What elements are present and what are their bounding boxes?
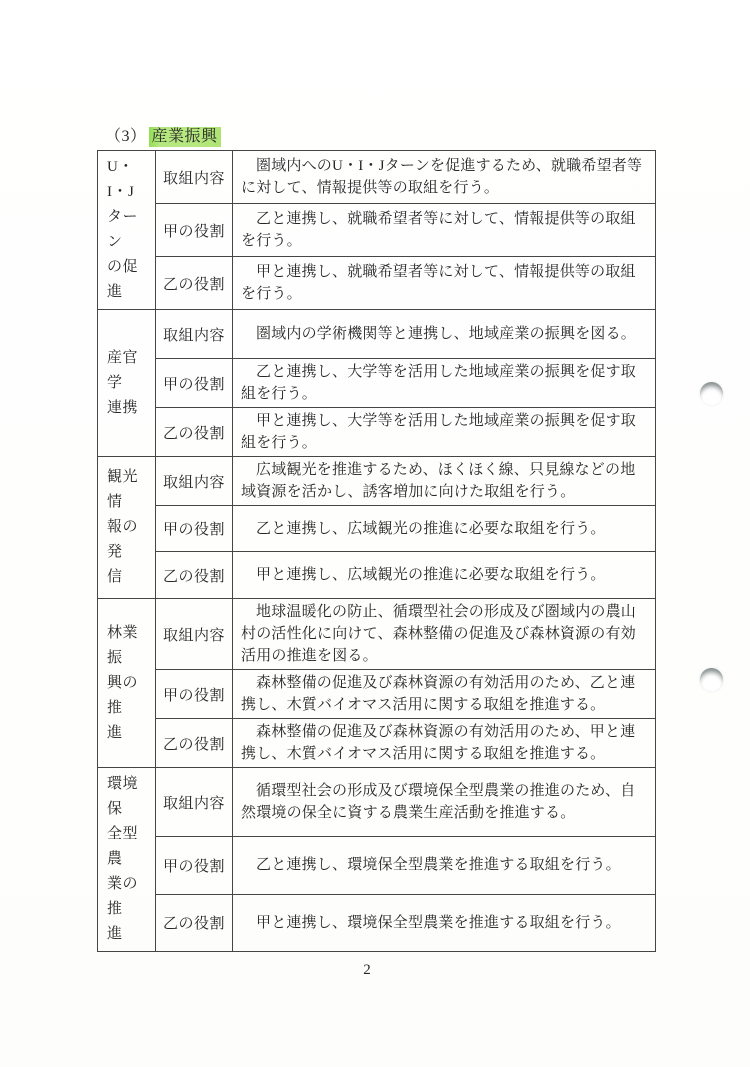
content-cell: 乙と連携し、大学等を活用した地域産業の振興を促す取組を行う。 (233, 359, 656, 408)
content-cell: 乙と連携し、広域観光の推進に必要な取組を行う。 (233, 506, 656, 552)
table-row: 甲の役割 森林整備の促進及び森林資源の有効活用のため、乙と連携し、木質バイオマス… (98, 670, 656, 719)
punch-hole-artifact (700, 668, 723, 691)
table-row: 環境保 全型農 業の推 進 取組内容 循環型社会の形成及び環境保全型農業の推進の… (98, 768, 656, 837)
table-row: 乙の役割 甲と連携し、就職希望者等に対して、情報提供等の取組を行う。 (98, 257, 656, 310)
row-label-cell: 取組内容 (156, 310, 233, 359)
punch-hole-artifact (700, 382, 723, 405)
row-label-cell: 甲の役割 (156, 204, 233, 257)
table-row: 甲の役割 乙と連携し、広域観光の推進に必要な取組を行う。 (98, 506, 656, 552)
content-cell: 森林整備の促進及び森林資源の有効活用のため、甲と連携し、木質バイオマス活用に関す… (233, 719, 656, 768)
table-row: 乙の役割 森林整備の促進及び森林資源の有効活用のため、甲と連携し、木質バイオマス… (98, 719, 656, 768)
section-heading: （3）産業振興 (105, 123, 221, 146)
row-label-cell: 取組内容 (156, 457, 233, 506)
table-row: 観光情 報の発 信 取組内容 広域観光を推進するため、ほくほく線、只見線などの地… (98, 457, 656, 506)
row-label-cell: 取組内容 (156, 151, 233, 204)
category-cell: 産官学 連携 (98, 310, 156, 457)
content-cell: 甲と連携し、環境保全型農業を推進する取組を行う。 (233, 894, 656, 952)
category-cell: 林業振 興の推 進 (98, 599, 156, 768)
row-label-cell: 乙の役割 (156, 408, 233, 457)
content-cell: 循環型社会の形成及び環境保全型農業の推進のため、自然環境の保全に資する農業生産活… (233, 768, 656, 837)
row-label-cell: 甲の役割 (156, 670, 233, 719)
table-row: 乙の役割 甲と連携し、広域観光の推進に必要な取組を行う。 (98, 552, 656, 599)
content-cell: 広域観光を推進するため、ほくほく線、只見線などの地域資源を活かし、誘客増加に向け… (233, 457, 656, 506)
table-row: 産官学 連携 取組内容 圏域内の学術機関等と連携し、地域産業の振興を図る。 (98, 310, 656, 359)
row-label-cell: 乙の役割 (156, 552, 233, 599)
row-label-cell: 甲の役割 (156, 506, 233, 552)
page-number: 2 (0, 962, 734, 979)
table-row: 甲の役割 乙と連携し、環境保全型農業を推進する取組を行う。 (98, 837, 656, 895)
content-cell: 森林整備の促進及び森林資源の有効活用のため、乙と連携し、木質バイオマス活用に関す… (233, 670, 656, 719)
table-row: 乙の役割 甲と連携し、大学等を活用した地域産業の振興を促す取組を行う。 (98, 408, 656, 457)
category-cell: 環境保 全型農 業の推 進 (98, 768, 156, 952)
category-cell: U・I・J ターン の促進 (98, 151, 156, 310)
category-cell: 観光情 報の発 信 (98, 457, 156, 599)
row-label-cell: 甲の役割 (156, 837, 233, 895)
content-cell: 地球温暖化の防止、循環型社会の形成及び圏域内の農山村の活性化に向けて、森林整備の… (233, 599, 656, 670)
table-row: U・I・J ターン の促進 取組内容 圏域内へのU・I・Jターンを促進するため、… (98, 151, 656, 204)
section-number: （3） (105, 128, 147, 145)
table-row: 甲の役割 乙と連携し、就職希望者等に対して、情報提供等の取組を行う。 (98, 204, 656, 257)
table-row: 甲の役割 乙と連携し、大学等を活用した地域産業の振興を促す取組を行う。 (98, 359, 656, 408)
section-title-highlighted: 産業振興 (149, 127, 221, 147)
content-cell: 圏域内へのU・I・Jターンを促進するため、就職希望者等に対して、情報提供等の取組… (233, 151, 656, 204)
content-cell: 甲と連携し、就職希望者等に対して、情報提供等の取組を行う。 (233, 257, 656, 310)
row-label-cell: 乙の役割 (156, 894, 233, 952)
content-cell: 甲と連携し、広域観光の推進に必要な取組を行う。 (233, 552, 656, 599)
scanned-document-page: （3）産業振興 U・I・J ターン の促進 取組内容 圏域内へのU・I・Jターン… (0, 0, 750, 1067)
table-row: 乙の役割 甲と連携し、環境保全型農業を推進する取組を行う。 (98, 894, 656, 952)
content-cell: 圏域内の学術機関等と連携し、地域産業の振興を図る。 (233, 310, 656, 359)
table-row: 林業振 興の推 進 取組内容 地球温暖化の防止、循環型社会の形成及び圏域内の農山… (98, 599, 656, 670)
content-cell: 乙と連携し、環境保全型農業を推進する取組を行う。 (233, 837, 656, 895)
content-cell: 乙と連携し、就職希望者等に対して、情報提供等の取組を行う。 (233, 204, 656, 257)
row-label-cell: 乙の役割 (156, 257, 233, 310)
row-label-cell: 乙の役割 (156, 719, 233, 768)
industry-promotion-table: U・I・J ターン の促進 取組内容 圏域内へのU・I・Jターンを促進するため、… (97, 150, 656, 952)
row-label-cell: 取組内容 (156, 768, 233, 837)
row-label-cell: 取組内容 (156, 599, 233, 670)
content-cell: 甲と連携し、大学等を活用した地域産業の振興を促す取組を行う。 (233, 408, 656, 457)
row-label-cell: 甲の役割 (156, 359, 233, 408)
